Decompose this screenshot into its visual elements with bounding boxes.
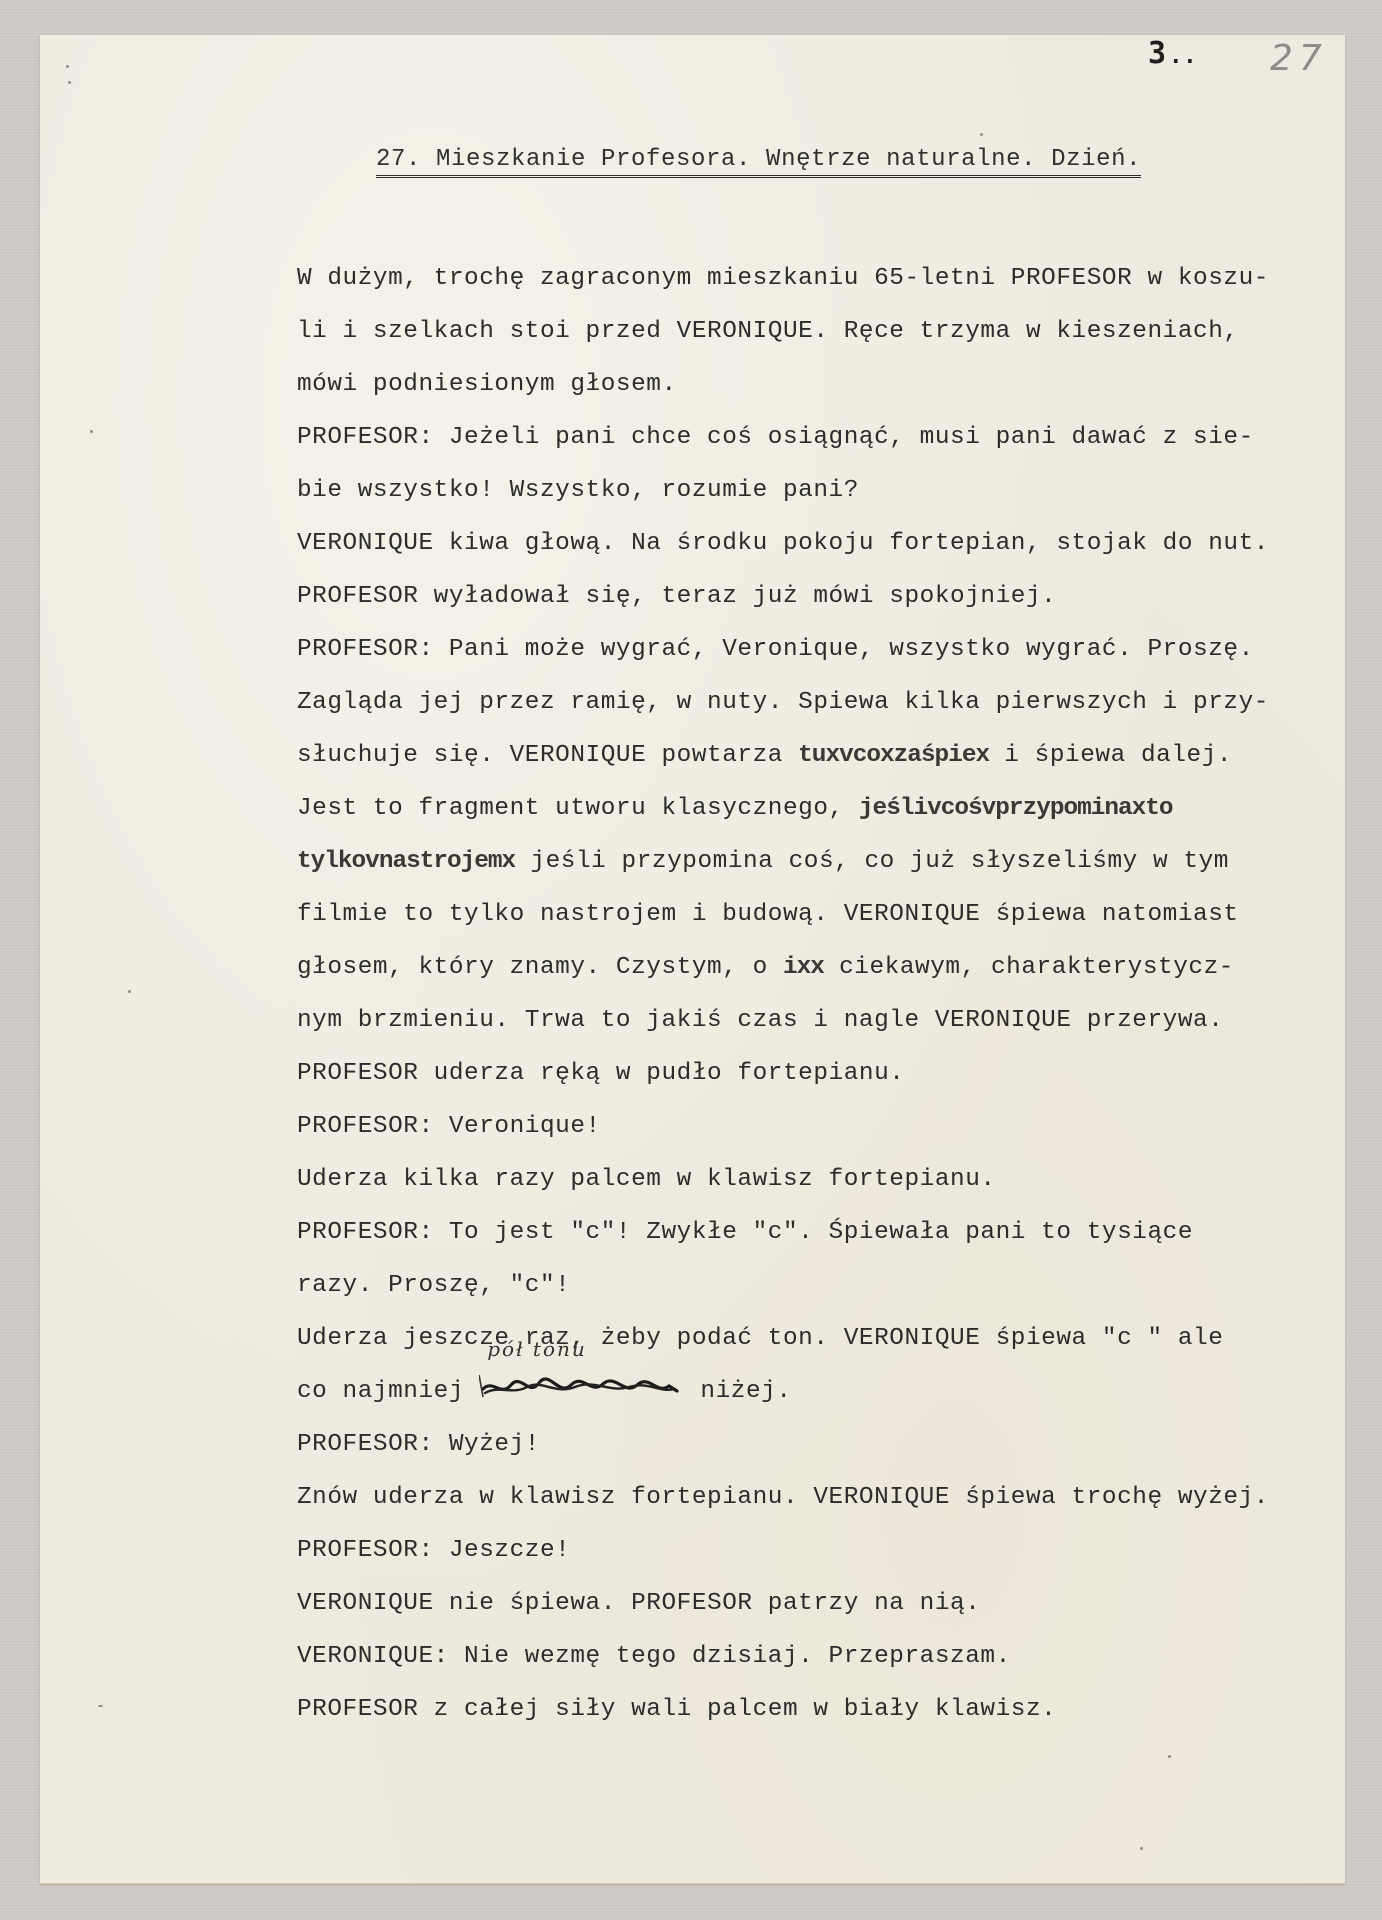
body-line: Znów uderza w klawisz fortepianu. VERONI… xyxy=(297,1471,1337,1524)
paper-speck xyxy=(1140,1847,1143,1850)
body-line-with-strikeout: głosem, który znamy. Czystym, o ixx ciek… xyxy=(297,941,1337,994)
scribbled-out-word xyxy=(479,1375,685,1401)
paper-speck xyxy=(1168,1755,1171,1758)
body-line-with-strikeout: Jest to fragment utworu klasycznego, jeś… xyxy=(297,782,1337,835)
paper-speck xyxy=(128,990,131,993)
line-text: jeśli przypomina coś, co już słyszeliśmy… xyxy=(515,848,1229,875)
body-line: PROFESOR uderza ręką w pudło fortepianu. xyxy=(297,1047,1337,1100)
body-line: PROFESOR z całej siły wali palcem w biał… xyxy=(297,1683,1337,1736)
scribble-icon xyxy=(479,1375,685,1401)
dialogue-line: PROFESOR: To jest "c"! Zwykłe "c". Śpiew… xyxy=(297,1206,1337,1259)
struck-out-text: tylkovnastrojemx xyxy=(297,848,515,875)
body-line-with-handwritten-correction: co najmniej pół tonu niżej. xyxy=(297,1365,1337,1418)
dialogue-line: PROFESOR: Jeżeli pani chce coś osiągnąć,… xyxy=(297,411,1337,464)
paper-speck xyxy=(98,1705,103,1707)
struck-out-text: tuxvcoxzaśpiex xyxy=(798,742,989,769)
struck-out-text: jeślivcośvprzypominaxto xyxy=(859,795,1173,822)
body-line: mówi podniesionym głosem. xyxy=(297,358,1337,411)
dialogue-line: PROFESOR: Veronique! xyxy=(297,1100,1337,1153)
handwritten-correction: pół tonu xyxy=(479,1365,685,1418)
body-line: Zagląda jej przez ramię, w nuty. Spiewa … xyxy=(297,676,1337,729)
line-text: Jest to fragment utworu klasycznego, xyxy=(297,795,859,822)
line-text: i śpiewa dalej. xyxy=(989,742,1232,769)
dialogue-line: PROFESOR: Jeszcze! xyxy=(297,1524,1337,1577)
body-line: nym brzmieniu. Trwa to jakiś czas i nagl… xyxy=(297,994,1337,1047)
line-text: co najmniej xyxy=(297,1378,479,1405)
page-number: 3.. xyxy=(1148,36,1198,71)
line-text: głosem, który znamy. Czystym, o xyxy=(297,954,783,981)
body-line: PROFESOR wyładował się, teraz już mówi s… xyxy=(297,570,1337,623)
scene-heading: 27. Mieszkanie Profesora. Wnętrze natura… xyxy=(376,146,1141,178)
dialogue-line: PROFESOR: Wyżej! xyxy=(297,1418,1337,1471)
dialogue-line: razy. Proszę, "c"! xyxy=(297,1259,1337,1312)
dialogue-line: bie wszystko! Wszystko, rozumie pani? xyxy=(297,464,1337,517)
page-number-value: 3 xyxy=(1148,36,1167,71)
dialogue-line: VERONIQUE: Nie wezmę tego dzisiaj. Przep… xyxy=(297,1630,1337,1683)
body-line: Uderza jeszcze raz, żeby podać ton. VERO… xyxy=(297,1312,1337,1365)
dialogue-line: PROFESOR: Pani może wygrać, Veronique, w… xyxy=(297,623,1337,676)
body-line: VERONIQUE nie śpiewa. PROFESOR patrzy na… xyxy=(297,1577,1337,1630)
line-text: słuchuje się. VERONIQUE powtarza xyxy=(297,742,798,769)
body-line-with-strikeout: tylkovnastrojemx jeśli przypomina coś, c… xyxy=(297,835,1337,888)
body-line-with-strikeout: słuchuje się. VERONIQUE powtarza tuxvcox… xyxy=(297,729,1337,782)
body-line: filmie to tylko nastrojem i budową. VERO… xyxy=(297,888,1337,941)
paper-speck xyxy=(980,133,983,136)
page-number-dots: .. xyxy=(1169,44,1198,69)
handwritten-insert: pół tonu xyxy=(487,1323,587,1376)
body-line: Uderza kilka razy palcem w klawisz forte… xyxy=(297,1153,1337,1206)
paper-speck xyxy=(90,430,93,433)
body-line: W dużym, trochę zagraconym mieszkaniu 65… xyxy=(297,252,1337,305)
body-line: VERONIQUE kiwa głową. Na środku pokoju f… xyxy=(297,517,1337,570)
line-text: niżej. xyxy=(685,1378,791,1405)
paper-speck xyxy=(66,65,69,68)
script-body: W dużym, trochę zagraconym mieszkaniu 65… xyxy=(297,252,1337,1736)
archive-pencil-number: 27 xyxy=(1270,38,1328,79)
paper-speck xyxy=(68,81,71,84)
struck-out-text: ixx xyxy=(783,954,824,981)
body-line: li i szelkach stoi przed VERONIQUE. Ręce… xyxy=(297,305,1337,358)
line-text: ciekawym, charakterystycz- xyxy=(824,954,1234,981)
